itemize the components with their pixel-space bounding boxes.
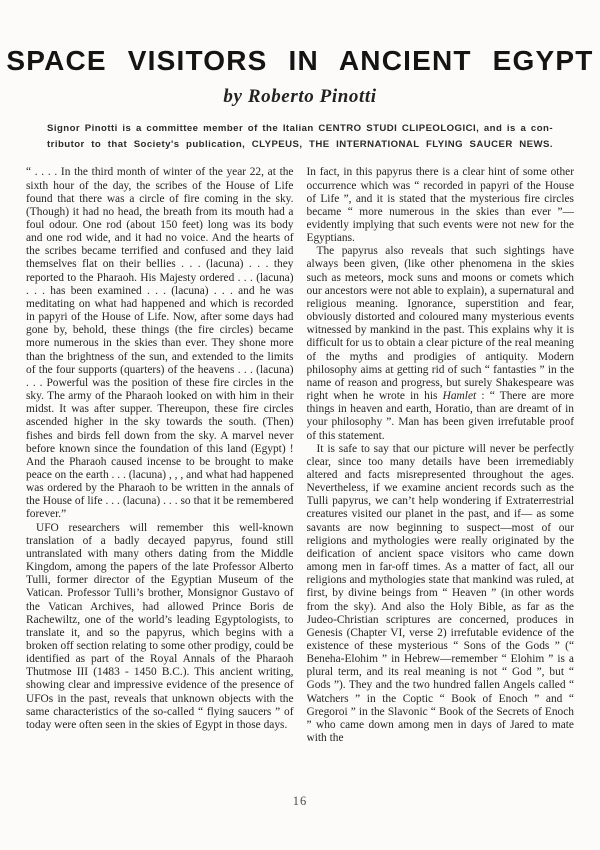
body-text: In fact, in this papyrus there is a clea…: [307, 166, 575, 244]
paragraph: It is safe to say that our picture will …: [307, 443, 575, 746]
paragraph: UFO researchers will remember this well-…: [26, 522, 294, 733]
article-header: SPACE VISITORS IN ANCIENT EGYPT by Rober…: [0, 0, 600, 153]
column-right: In fact, in this papyrus there is a clea…: [307, 166, 575, 745]
column-left: “ . . . . In the third month of winter o…: [26, 166, 294, 745]
body-text: The papyrus also reveals that such sight…: [307, 245, 575, 402]
article-title: SPACE VISITORS IN ANCIENT EGYPT: [0, 46, 600, 75]
author-intro: Signor Pinotti is a committee member of …: [47, 121, 553, 153]
author-intro-line: Signor Pinotti is a committee member of …: [47, 121, 553, 137]
paragraph: In fact, in this papyrus there is a clea…: [307, 166, 575, 245]
article-body: “ . . . . In the third month of winter o…: [26, 166, 574, 745]
body-text: UFO researchers will remember this well-…: [26, 522, 294, 731]
paragraph: The papyrus also reveals that such sight…: [307, 245, 575, 442]
page-number: 16: [0, 794, 600, 809]
magazine-page: SPACE VISITORS IN ANCIENT EGYPT by Rober…: [0, 0, 600, 850]
paragraph: “ . . . . In the third month of winter o…: [26, 166, 294, 521]
author-intro-line: tributor to that Society's publication, …: [47, 137, 553, 153]
body-text: It is safe to say that our picture will …: [307, 443, 575, 744]
article-byline: by Roberto Pinotti: [0, 86, 600, 108]
body-text: “ . . . . In the third month of winter o…: [26, 166, 294, 520]
italic-text: Hamlet: [443, 390, 477, 402]
